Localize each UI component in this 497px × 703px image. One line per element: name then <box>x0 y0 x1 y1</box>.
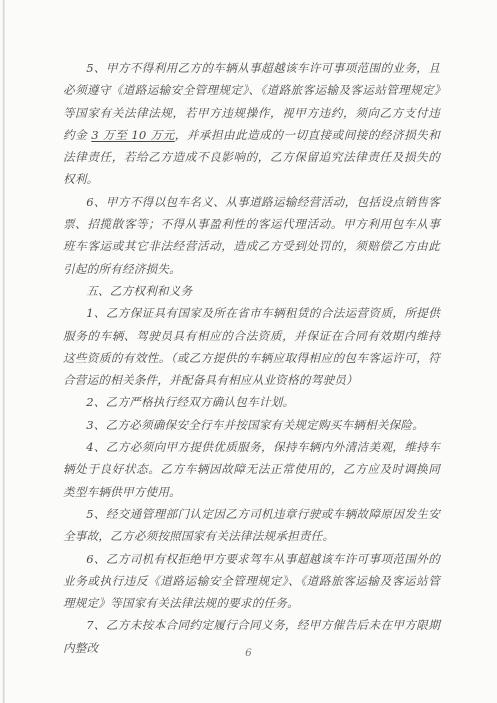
page-number: 6 <box>0 647 497 659</box>
party-b-clause-1: 1、乙方保证具有国家及所在省市车辆租赁的合法运营资质，所提供服务的车辆、驾驶员具… <box>63 302 440 391</box>
party-b-clause-4: 4、乙方必须向甲方提供优质服务，保持车辆内外清洁美观，维持车辆处于良好状态。乙方… <box>63 436 440 503</box>
party-b-clause-5: 5、经交通管理部门认定因乙方司机违章行驶或车辆故障原因发生安全事故，乙方必须按照… <box>63 503 440 548</box>
party-a-clause-5: 5、甲方不得利用乙方的车辆从事超越该车许可事项范围的业务，且必须遵守《道路运输安… <box>63 57 440 191</box>
penalty-amount-underlined: 3 万至 10 万元 <box>91 128 174 142</box>
party-b-clause-3: 3、乙方必须确保安全行车并按国家有关规定购买车辆相关保险。 <box>63 414 440 436</box>
scanned-page-edge <box>2 0 5 703</box>
party-b-clause-6: 6、乙方司机有权拒绝甲方要求驾车从事超越该车许可事项范围外的业务或执行违反《道路… <box>63 548 440 615</box>
section-heading-party-b-rights: 五、乙方权利和义务 <box>63 280 440 302</box>
party-b-clause-2: 2、乙方严格执行经双方确认包车计划。 <box>63 391 440 413</box>
contract-page-body: 5、甲方不得利用乙方的车辆从事超越该车许可事项范围的业务，且必须遵守《道路运输安… <box>63 57 440 659</box>
party-a-clause-6: 6、甲方不得以包车名义、从事道路运输经营活动，包括设点销售客票、招揽散客等；不得… <box>63 191 440 280</box>
